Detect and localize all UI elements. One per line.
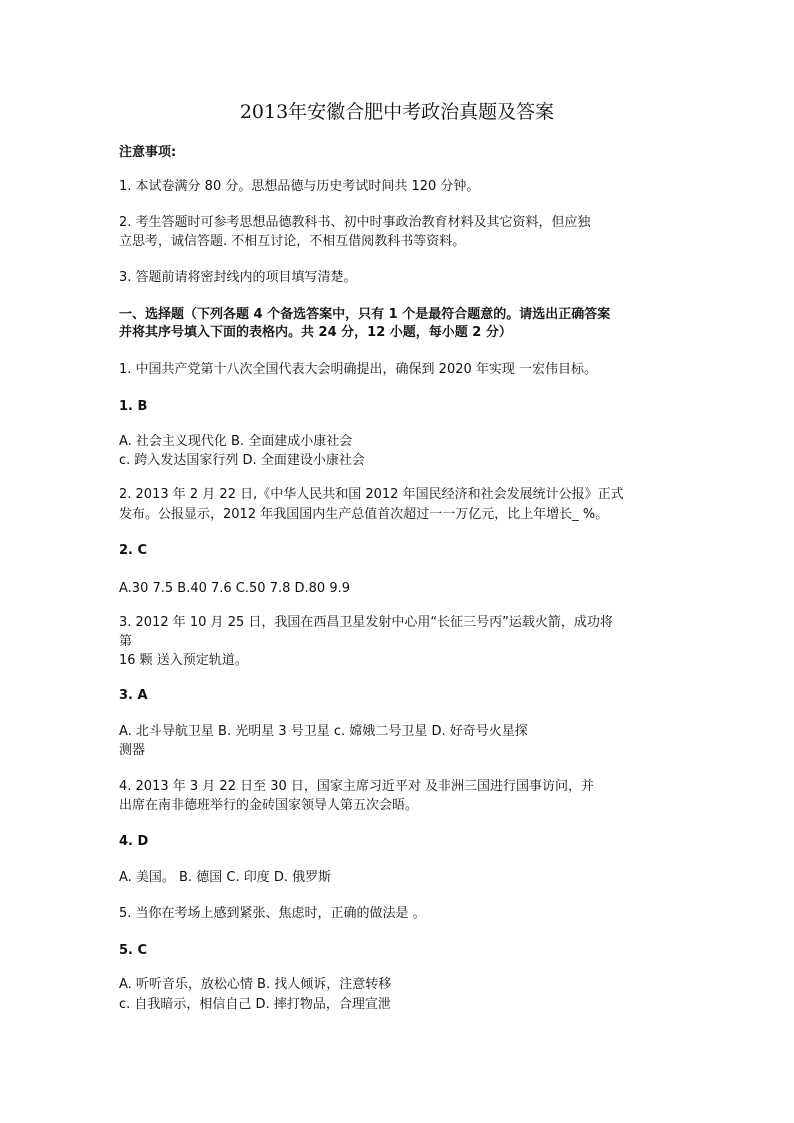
section-heading: 一、选择题（下列各题 4 个备选答案中，只有 1 个是最符合题意的。请选出正确答… [119,305,610,324]
option-line: A. 美国。 B. 德国 C. 印度 D. 俄罗斯 [119,868,331,887]
question-text: 5. 当你在考场上感到紧张、焦虑时，正确的做法是 。 [119,904,426,923]
notice-item: 1. 本试卷满分 80 分。思想品德与历史考试时间共 120 分钟。 [119,177,479,196]
question-text: 16 颗 送入预定轨道。 [119,651,248,670]
option-line: 测器 [119,741,145,760]
answer: 3. A [119,686,148,705]
question-text: 第 [119,632,132,651]
question-text: 1. 中国共产党第十八次全国代表大会明确提出，确保到 2020 年实现 一宏伟目… [119,360,597,379]
notice-heading: 注意事项: [119,143,176,162]
option-line: A. 听听音乐，放松心情 B. 找人倾诉，注意转移 [119,975,391,994]
question-text: 2. 2013 年 2 月 22 日,《中华人民共和国 2012 年国民经济和社… [119,485,624,504]
question-text: 出席在南非德班举行的金砖国家领导人第五次会晤。 [119,796,418,815]
option-line: A.30 7.5 B.40 7.6 C.50 7.8 D.80 9.9 [119,579,350,598]
document-title: 2013年安徽合肥中考政治真题及答案 [0,100,794,124]
notice-item: 2. 考生答题时可参考思想品德教科书、初中时事政治教育材料及其它资料，但应独 [119,213,591,232]
answer: 1. B [119,397,147,416]
option-line: A. 北斗导航卫星 B. 光明星 3 号卫星 c. 嫦娥二号卫星 D. 好奇号火… [119,722,528,741]
notice-item: 立思考，诚信答题. 不相互讨论，不相互借阅教科书等资料。 [119,232,465,251]
option-line: c. 自我暗示，相信自己 D. 摔打物品，合理宣泄 [119,995,391,1014]
question-text: 发布。公报显示，2012 年我国国内生产总值首次超过一一万亿元，比上年增长_ %… [119,505,608,524]
question-text: 4. 2013 年 3 月 22 日至 30 日，国家主席习近平对 及非洲三国进… [119,777,594,796]
section-heading: 并将其序号填入下面的表格内。共 24 分，12 小题，每小题 2 分） [119,323,512,342]
answer: 2. C [119,541,147,560]
notice-item: 3. 答题前请将密封线内的项目填写清楚。 [119,268,357,287]
question-text: 3. 2012 年 10 月 25 日，我国在西昌卫星发射中心用“长征三号丙”运… [119,613,613,632]
option-line: A. 社会主义现代化 B. 全面建成小康社会 [119,432,352,451]
answer: 5. C [119,941,147,960]
answer: 4. D [119,832,148,851]
option-line: c. 跨入发达国家行列 D. 全面建设小康社会 [119,451,365,470]
